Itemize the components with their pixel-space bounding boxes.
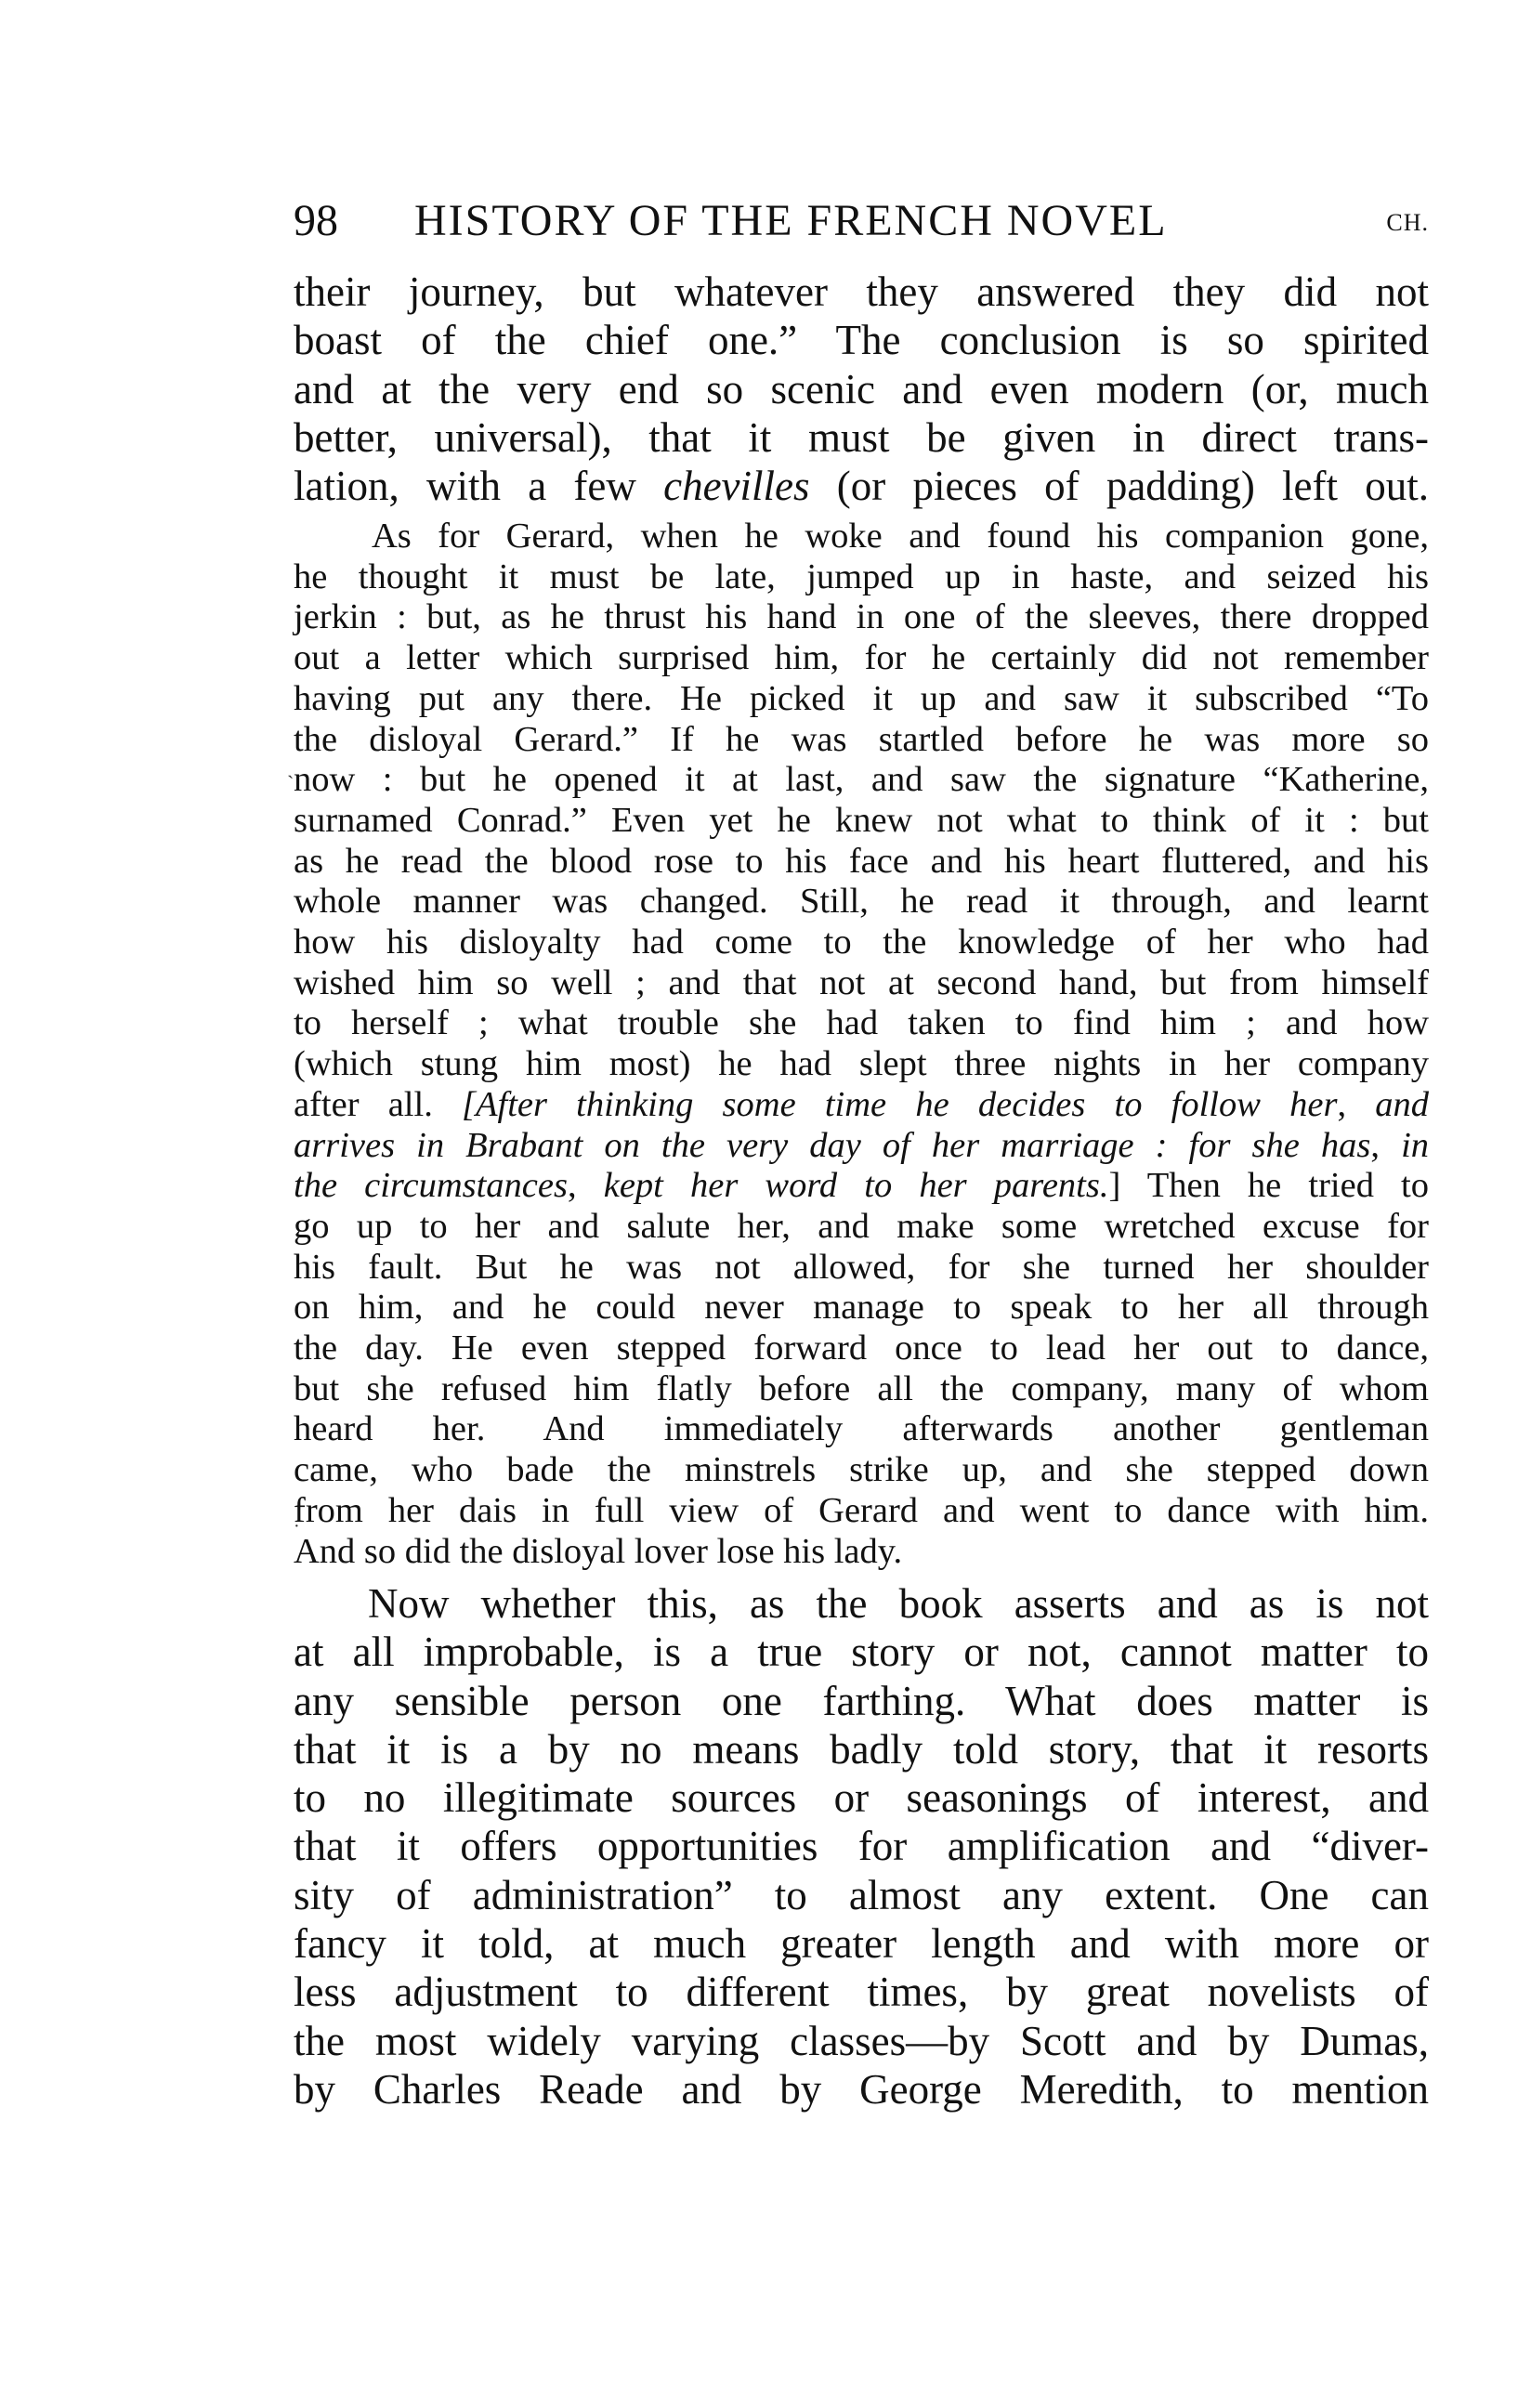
text-line: better, universal), that it must be give… (294, 413, 1429, 462)
editorial-summary: [After thinking some time he decides to … (462, 1085, 1337, 1124)
text-line: to herself ; what trouble she had taken … (294, 1003, 1429, 1044)
text-line: go up to her and salute her, and make so… (294, 1207, 1429, 1248)
text-span: after all. (294, 1085, 462, 1124)
text-line: wished him so well ; and that not at sec… (294, 963, 1429, 1004)
text-line: (which stung him most) he had slept thre… (294, 1044, 1429, 1085)
text-span: , (1370, 1126, 1401, 1165)
page-number: 98 (294, 193, 338, 249)
text-line: boast of the chief one.” The conclusion … (294, 316, 1429, 364)
text-line: his fault. But he was not allowed, for s… (294, 1248, 1429, 1289)
text-line: lation, with a few chevilles (or pieces … (294, 462, 1429, 510)
editorial-summary: in (1401, 1126, 1429, 1165)
scan-mark: ˋ (287, 771, 294, 795)
text-line: by Charles Reade and by George Meredith,… (294, 2065, 1429, 2114)
editorial-summary: the circumstances (294, 1166, 568, 1205)
text-line: As for Gerard, when he woke and found hi… (294, 517, 1429, 557)
editorial-summary: kept her word to her parents. (604, 1166, 1109, 1205)
text-line: Now whether this, as the book asserts an… (294, 1579, 1429, 1628)
text-line: he thought it must be late, jumped up in… (294, 557, 1429, 598)
text-line: out a letter which surprised him, for he… (294, 638, 1429, 679)
text-line: the circumstances, kept her word to her … (294, 1166, 1429, 1207)
text-line: on him, and he could never manage to spe… (294, 1288, 1429, 1328)
text-line: that it offers opportunities for amplifi… (294, 1822, 1429, 1870)
text-line: at all improbable, is a true story or no… (294, 1628, 1429, 1676)
paragraph-commentary: Now whether this, as the book asserts an… (294, 1579, 1429, 2114)
italic-term: chevilles (663, 463, 809, 509)
text-span: (or pieces of padding) left out. (810, 463, 1429, 509)
text-line: the most widely varying classes—by Scott… (294, 2017, 1429, 2065)
text-line: And so did the disloyal lover lose his l… (294, 1532, 1429, 1573)
text-span: lation, with a few (294, 463, 663, 509)
text-line: any sensible person one farthing. What d… (294, 1677, 1429, 1725)
text-line: as he read the blood rose to his face an… (294, 842, 1429, 883)
text-line: heard her. And immediately afterwards an… (294, 1409, 1429, 1450)
text-span: , (1337, 1085, 1375, 1124)
text-line: and at the very end so scenic and even m… (294, 365, 1429, 413)
text-line: how his disloyalty had come to the knowl… (294, 923, 1429, 963)
text-line: having put any there. He picked it up an… (294, 679, 1429, 720)
text-line: the day. He even stepped forward once to… (294, 1328, 1429, 1369)
text-span: , (568, 1166, 604, 1205)
text-line: but she refused him flatly before all th… (294, 1369, 1429, 1410)
text-line: came, who bade the minstrels strike up, … (294, 1450, 1429, 1491)
scan-mark: · (294, 1516, 300, 1538)
text-line: to no illegitimate sources or seasonings… (294, 1773, 1429, 1822)
text-line: sity of administration” to almost any ex… (294, 1871, 1429, 1919)
paragraph-intro: their journey, but whatever they answere… (294, 268, 1429, 510)
text-line: surnamed Conrad.” Even yet he knew not w… (294, 801, 1429, 842)
text-line: after all. [After thinking some time he … (294, 1085, 1429, 1126)
text-line: the disloyal Gerard.” If he was startled… (294, 720, 1429, 761)
text-line: jerkin : but, as he thrust his hand in o… (294, 597, 1429, 638)
editorial-summary: and (1375, 1085, 1429, 1124)
text-line: arrives in Brabant on the very day of he… (294, 1126, 1429, 1167)
running-title: HISTORY OF THE FRENCH NOVEL (414, 193, 1168, 249)
running-header: 98 HISTORY OF THE FRENCH NOVEL CH. (294, 193, 1429, 249)
editorial-summary: arrives in Brabant on the very day of he… (294, 1126, 1370, 1165)
text-line: from her dais in full view of Gerard and… (294, 1491, 1429, 1532)
text-line: their journey, but whatever they answere… (294, 268, 1429, 316)
book-page: 98 HISTORY OF THE FRENCH NOVEL CH. their… (0, 0, 1531, 2408)
block-quotation: As for Gerard, when he woke and found hi… (294, 517, 1429, 1572)
text-line: that it is a by no means badly told stor… (294, 1725, 1429, 1773)
text-line: whole manner was changed. Still, he read… (294, 882, 1429, 923)
chapter-abbreviation: CH. (1386, 206, 1429, 240)
text-line: now : but he opened it at last, and saw … (294, 760, 1429, 801)
text-line: less adjustment to different times, by g… (294, 1968, 1429, 2016)
text-line: fancy it told, at much greater length an… (294, 1919, 1429, 1968)
text-span: ] Then he tried to (1108, 1166, 1429, 1205)
